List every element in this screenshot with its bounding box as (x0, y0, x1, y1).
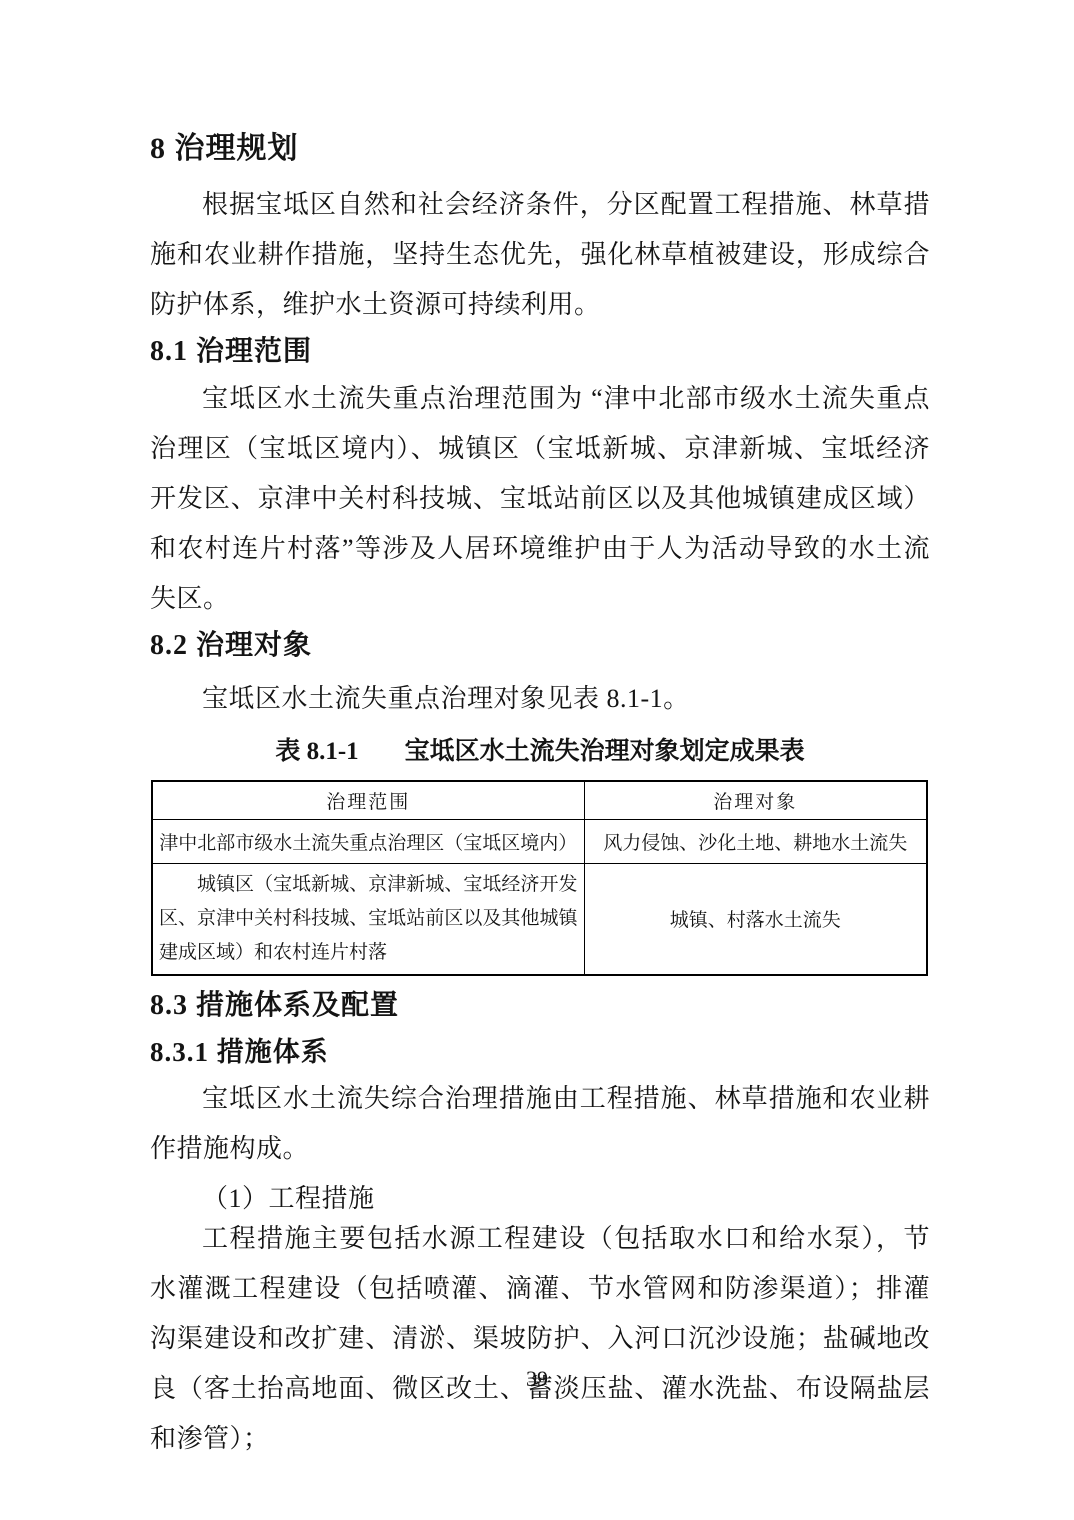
measure-item-1-paragraph: 工程措施主要包括水源工程建设（包括取水口和给水泵），节水灌溉工程建设（包括喷灌、… (150, 1214, 930, 1464)
section-8-3-heading: 8.3 措施体系及配置 (150, 984, 930, 1028)
section-8-3-1-paragraph: 宝坻区水土流失综合治理措施由工程措施、林草措施和农业耕作措施构成。 (150, 1074, 930, 1174)
table-caption: 表 8.1-1宝坻区水土流失治理对象划定成果表 (150, 734, 930, 770)
document-page: 8 治理规划 根据宝坻区自然和社会经济条件，分区配置工程措施、林草措施和农业耕作… (0, 0, 1074, 1520)
section-8-1-paragraph: 宝坻区水土流失重点治理范围为 “津中北部市级水土流失重点治理区（宝坻区境内）、城… (150, 374, 930, 624)
table-cell-scope: 城镇区（宝坻新城、京津新城、宝坻经济开发区、京津中关村科技城、宝坻站前区以及其他… (152, 863, 584, 975)
table-header-object: 治理对象 (584, 781, 927, 819)
table-cell-object: 城镇、村落水土流失 (584, 863, 927, 975)
chapter-heading: 8 治理规划 (150, 128, 930, 170)
table-caption-title: 宝坻区水土流失治理对象划定成果表 (359, 738, 805, 765)
table-cell-object: 风力侵蚀、沙化土地、耕地水土流失 (584, 819, 927, 863)
section-8-3-1-heading: 8.3.1 措施体系 (150, 1030, 930, 1074)
table-row: 津中北部市级水土流失重点治理区（宝坻区境内） 风力侵蚀、沙化土地、耕地水土流失 (152, 819, 927, 863)
table-cell-scope: 津中北部市级水土流失重点治理区（宝坻区境内） (152, 819, 584, 863)
table-header-row: 治理范围 治理对象 (152, 781, 927, 819)
section-8-1-heading: 8.1 治理范围 (150, 330, 930, 374)
section-8-2-paragraph: 宝坻区水土流失重点治理对象见表 8.1-1。 (150, 674, 930, 724)
section-8-2-heading: 8.2 治理对象 (150, 624, 930, 668)
treatment-object-table: 治理范围 治理对象 津中北部市级水土流失重点治理区（宝坻区境内） 风力侵蚀、沙化… (151, 780, 928, 976)
table-header-scope: 治理范围 (152, 781, 584, 819)
page-number: 39 (0, 1366, 1074, 1392)
intro-paragraph: 根据宝坻区自然和社会经济条件，分区配置工程措施、林草措施和农业耕作措施，坚持生态… (150, 180, 930, 330)
table-caption-label: 表 8.1-1 (275, 738, 358, 765)
table-row: 城镇区（宝坻新城、京津新城、宝坻经济开发区、京津中关村科技城、宝坻站前区以及其他… (152, 863, 927, 975)
